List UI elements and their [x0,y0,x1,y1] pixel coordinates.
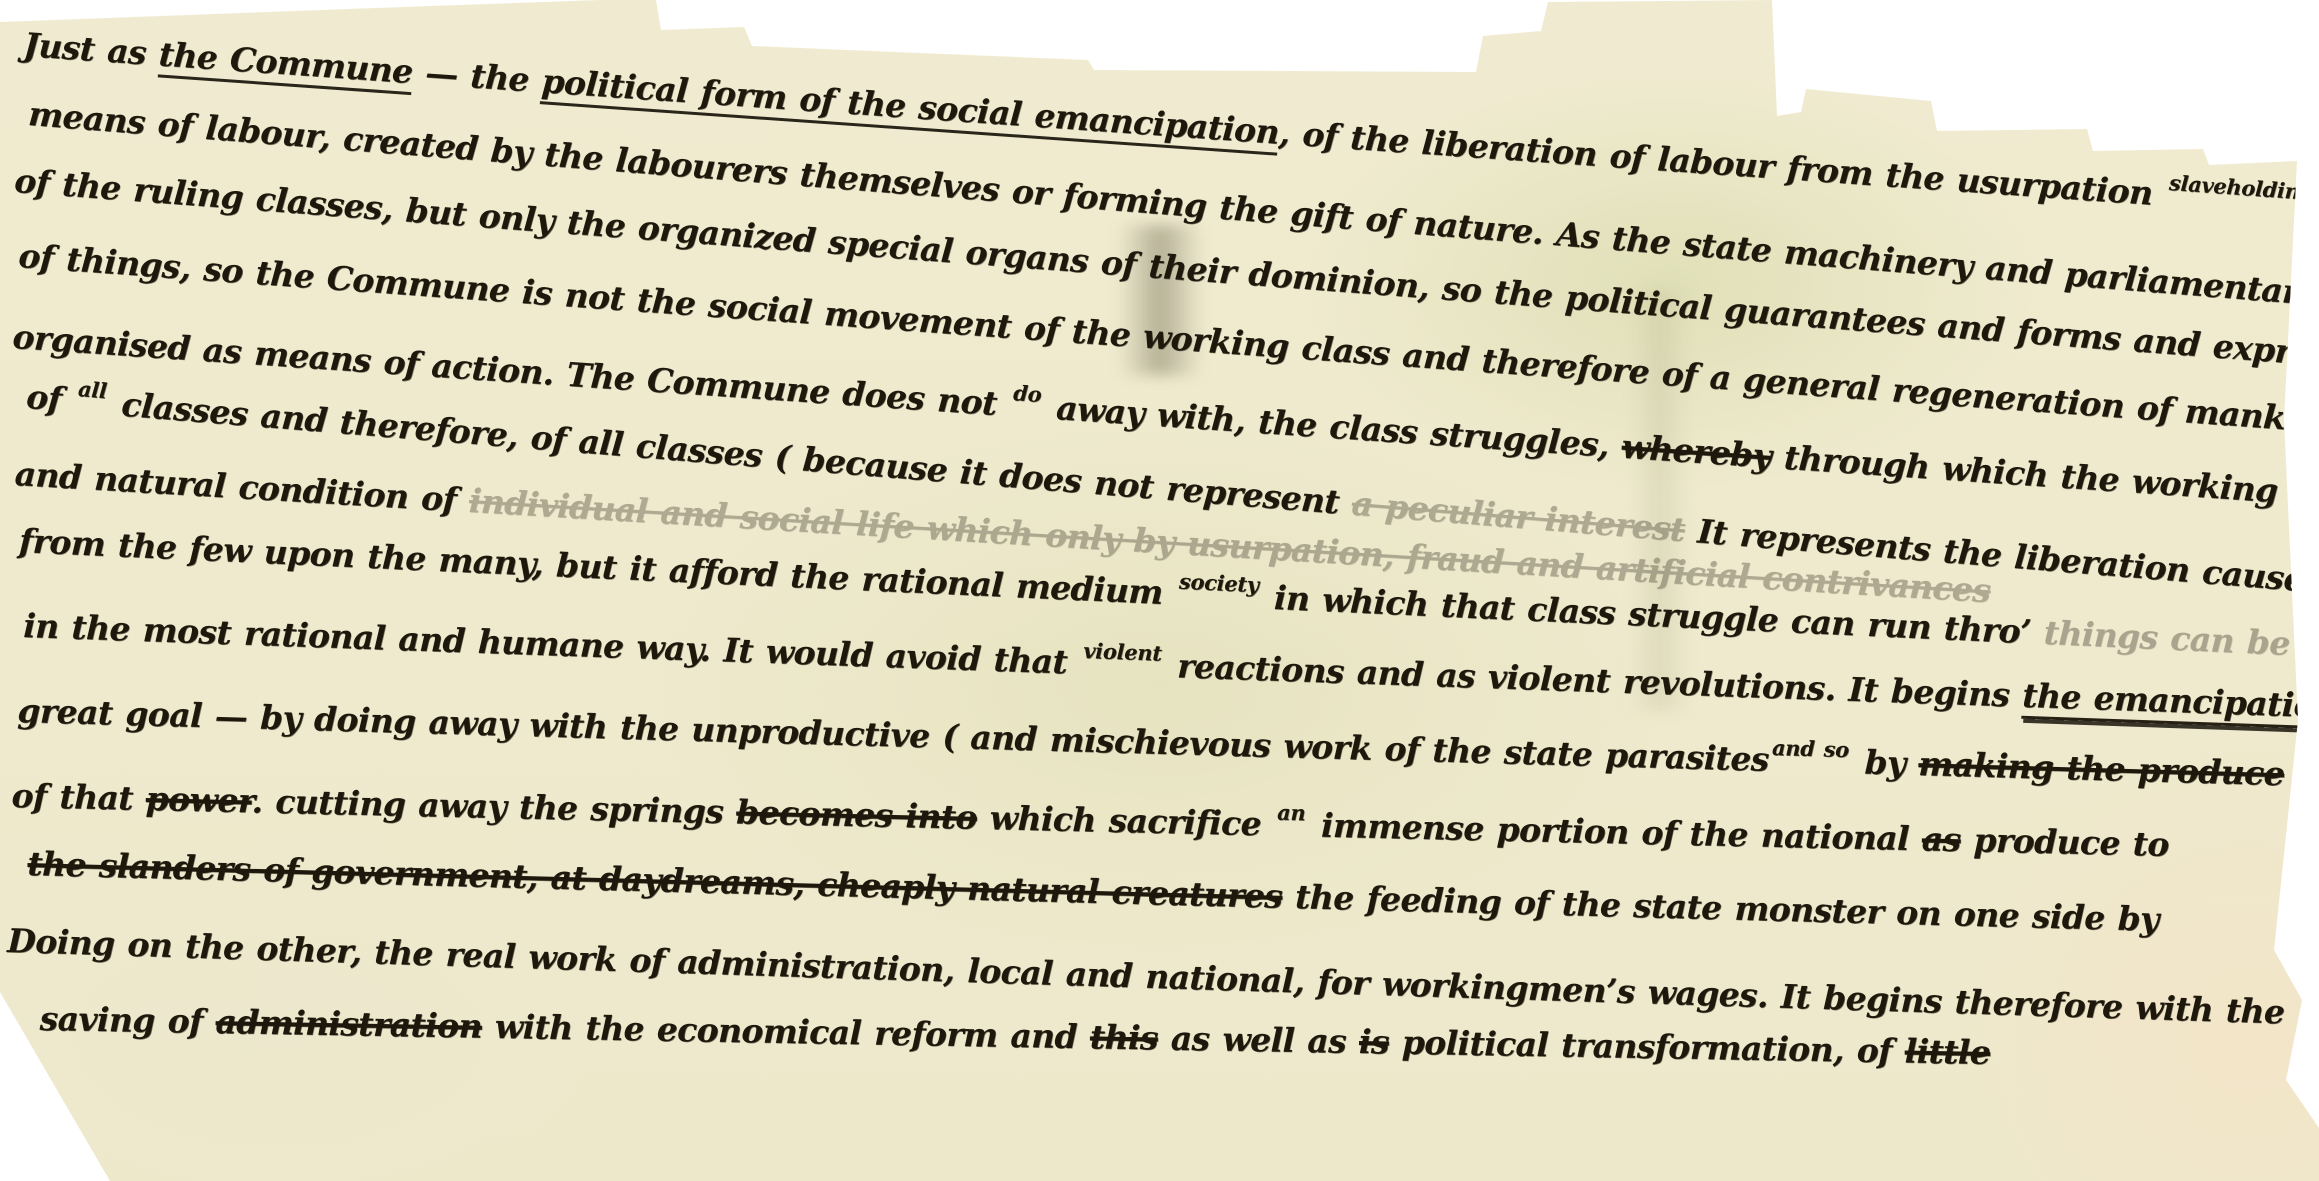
struck-text: the slanders of government, at daydreams… [27,844,1283,916]
text-run: immense portion of the national [1308,805,1923,858]
text-run: of the monopolists of the [2315,185,2319,257]
text-run: the feeding of the state monster on one … [1282,877,2159,939]
text-run: and natural condition of [14,454,471,520]
manuscript-line-11: of that power. cutting away the springs … [11,777,2169,864]
struck-text: little [1904,1032,1990,1072]
scanned-document: Just as the Commune — the political form… [0,0,2319,1181]
manuscript-page: Just as the Commune — the political form… [0,0,2319,1181]
text-run: with the economical reform and [482,1007,1091,1057]
manuscript-line-12: the slanders of government, at daydreams… [27,845,2159,939]
struck-text: this [1090,1017,1159,1057]
text-run: of that [11,776,146,818]
text-run: produce to [1960,820,2169,864]
text-run: great goal — by doing away with the unpr… [17,691,1769,779]
struck-text: as [1921,819,1961,859]
struck-text: power [145,779,252,820]
struck-text: whereby [1620,427,1772,476]
inserted-word: do [1013,381,1043,407]
text-run: saving of [39,999,216,1041]
inserted-word: society [1179,570,1260,598]
text-run: by [1851,742,1919,783]
underlined-text: political form of the social emancipatio… [540,61,1280,155]
text-run: of [25,377,76,420]
inserted-word: violent [1083,639,1162,666]
text-run: , of the liberation of labour from the u… [1278,113,2167,214]
text-run: in the most rational and humane way. It … [23,606,1081,682]
inserted-word: slaveholding [2168,171,2315,205]
struck-text: is [1359,1022,1390,1062]
inserted-word: immense [2300,989,2319,1016]
struck-text: becomes into [736,792,978,836]
struck-text: making the produce [1918,744,2285,793]
underlined-text: the Commune [157,34,414,95]
text-run: . cutting away the springs [251,781,736,831]
struck-text: administration [215,1002,482,1046]
text-run: Just as [22,25,160,73]
text-run: political transformation, of [1389,1023,1905,1071]
text-run: which sacrifice [976,798,1274,844]
text-run: away with, the class struggles, [1042,387,1623,465]
text-run: reactions and as violent revolutions. It… [1164,646,2023,715]
text-run: — the [411,52,543,100]
inserted-word: and so [1772,736,1850,762]
text-run: as well as [1158,1019,1360,1062]
inserted-word: an [1277,801,1306,826]
faded-text: things can be shifted [2043,613,2319,669]
double-underlined-text: the emancipation of labour [2022,676,2319,736]
inserted-word: all [77,377,108,403]
